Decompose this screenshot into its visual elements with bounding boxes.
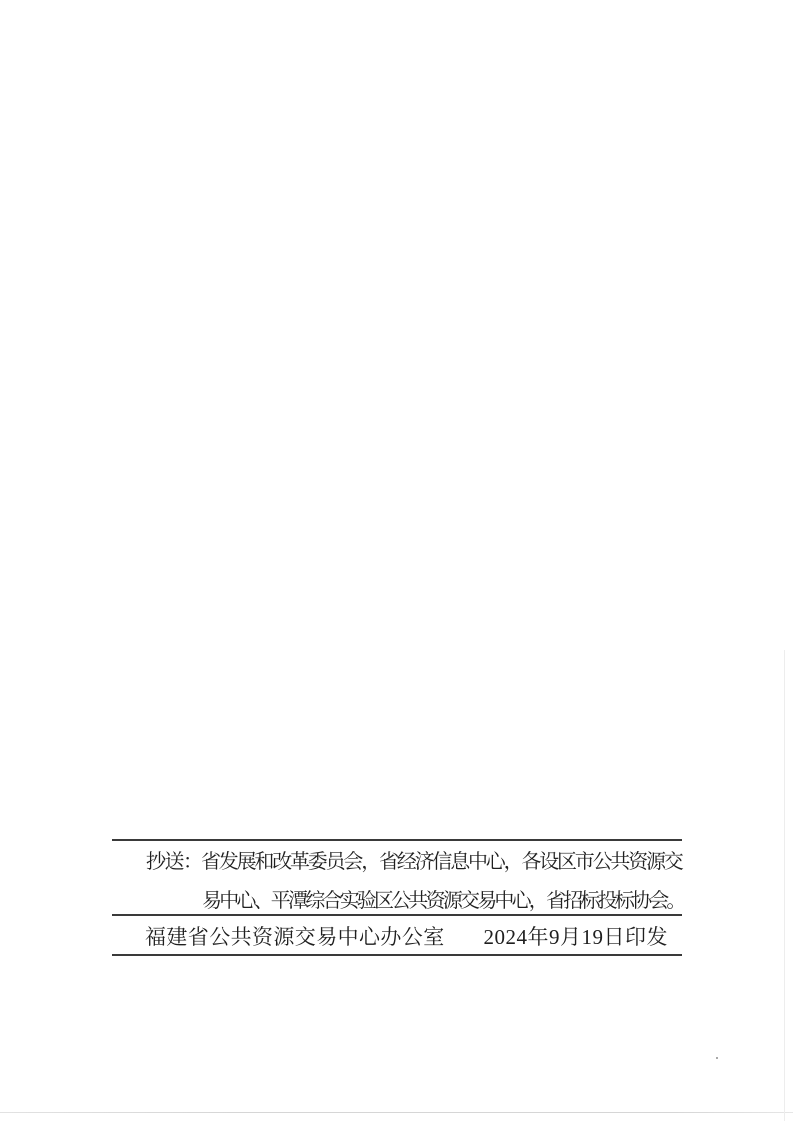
cc-label: 抄送： <box>146 850 202 874</box>
divider-top <box>112 839 682 841</box>
scan-speck-artifact <box>716 1057 718 1059</box>
divider-middle <box>112 914 682 916</box>
cc-line-2: 易中心、平潭综合实验区公共资源交易中心，省招标投标协会。 <box>202 889 684 913</box>
scan-edge-bottom-artifact <box>0 1112 793 1113</box>
document-page: 抄送： 省发展和改革委员会，省经济信息中心，各设区市公共资源交 易中心、平潭综合… <box>0 0 793 1121</box>
divider-bottom <box>112 954 682 956</box>
cc-line-1: 省发展和改革委员会，省经济信息中心，各设区市公共资源交 <box>201 850 682 874</box>
scan-edge-right-artifact <box>784 650 785 1121</box>
print-date: 2024年9月19日印发 <box>484 925 669 950</box>
issuer-name: 福建省公共资源交易中心办公室 <box>145 925 445 950</box>
